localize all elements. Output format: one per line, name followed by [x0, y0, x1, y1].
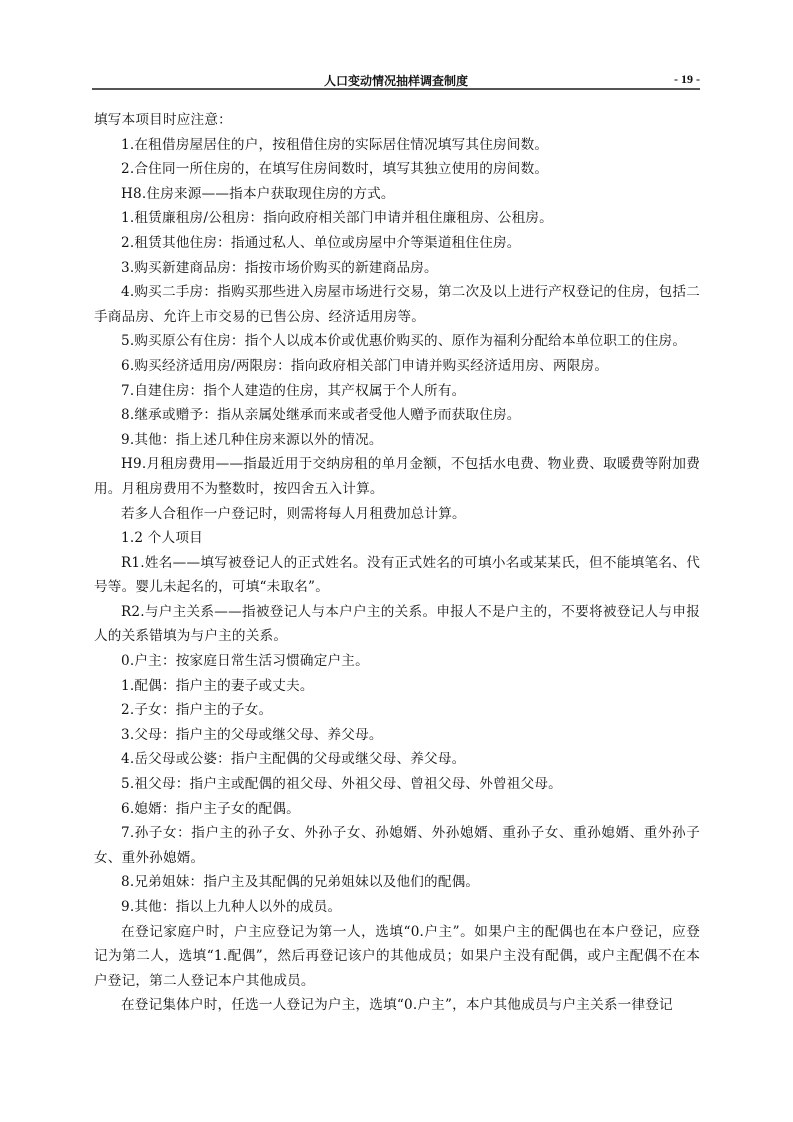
paragraph-h8-heading: H8.住房来源——指本户获取现住房的方式。 — [94, 182, 700, 207]
paragraph-h9-note: 若多人合租作一户登记时，则需将每人月租费加总计算。 — [94, 502, 700, 527]
page-number: - 19 - — [674, 72, 700, 87]
document-body: 填写本项目时应注意： 1.在租借房屋居住的户，按租借住房的实际居住情况填写其住房… — [94, 108, 700, 1018]
paragraph-r2-option-9: 9.其他：指以上九种人以外的成员。 — [94, 895, 700, 920]
paragraph-r2-option-1: 1.配偶：指户主的妻子或丈夫。 — [94, 674, 700, 699]
paragraph-h8-option-9: 9.其他：指上述几种住房来源以外的情况。 — [94, 428, 700, 453]
paragraph-family-household-rule: 在登记家庭户时，户主应登记为第一人，选填“0.户主”。如果户主的配偶也在本户登记… — [94, 920, 700, 994]
paragraph-h8-option-6: 6.购买经济适用房/两限房：指向政府相关部门申请并购买经济适用房、两限房。 — [94, 354, 700, 379]
paragraph-h8-option-5: 5.购买原公有住房：指个人以成本价或优惠价购买的、原作为福利分配给本单位职工的住… — [94, 329, 700, 354]
header-divider — [92, 88, 700, 90]
paragraph-r2-option-7: 7.孙子女：指户主的孙子女、外孙子女、孙媳婿、外孙媳婿、重孙子女、重孙媳婿、重外… — [94, 821, 700, 870]
paragraph-note-1: 1.在租借房屋居住的户，按租借住房的实际居住情况填写其住房间数。 — [94, 133, 700, 158]
paragraph-r2-option-8: 8.兄弟姐妹：指户主及其配偶的兄弟姐妹以及他们的配偶。 — [94, 870, 700, 895]
document-title: 人口变动情况抽样调查制度 — [92, 72, 700, 89]
paragraph-h8-option-3: 3.购买新建商品房：指按市场价购买的新建商品房。 — [94, 256, 700, 281]
paragraph-r1-name: R1.姓名——填写被登记人的正式姓名。没有正式姓名的可填小名或某某氏，但不能填笔… — [94, 551, 700, 600]
paragraph-h8-option-4: 4.购买二手房：指购买那些进入房屋市场进行交易，第二次及以上进行产权登记的住房，… — [94, 280, 700, 329]
page-header: 人口变动情况抽样调查制度 - 19 - — [92, 72, 700, 88]
paragraph-r2-option-6: 6.媳婿：指户主子女的配偶。 — [94, 797, 700, 822]
paragraph-h8-option-1: 1.租赁廉租房/公租房：指向政府相关部门申请并租住廉租房、公租房。 — [94, 206, 700, 231]
paragraph-r2-option-3: 3.父母：指户主的父母或继父母、养父母。 — [94, 723, 700, 748]
paragraph-h8-option-7: 7.自建住房：指个人建造的住房，其产权属于个人所有。 — [94, 379, 700, 404]
paragraph-note-2: 2.合住同一所住房的，在填写住房间数时，填写其独立使用的房间数。 — [94, 157, 700, 182]
paragraph-notes-intro: 填写本项目时应注意： — [94, 108, 700, 133]
paragraph-h9-heading: H9.月租房费用——指最近用于交纳房租的单月金额，不包括水电费、物业费、取暖费等… — [94, 452, 700, 501]
paragraph-collective-household-rule: 在登记集体户时，任选一人登记为户主，选填“0.户主”，本户其他成员与户主关系一律… — [94, 993, 700, 1018]
paragraph-r2-relationship: R2.与户主关系——指被登记人与本户户主的关系。申报人不是户主的，不要将被登记人… — [94, 600, 700, 649]
paragraph-h8-option-8: 8.继承或赠予：指从亲属处继承而来或者受他人赠予而获取住房。 — [94, 403, 700, 428]
paragraph-r2-option-0: 0.户主：按家庭日常生活习惯确定户主。 — [94, 649, 700, 674]
paragraph-r2-option-4: 4.岳父母或公婆：指户主配偶的父母或继父母、养父母。 — [94, 747, 700, 772]
section-heading-personal-items: 1.2 个人项目 — [94, 526, 700, 551]
paragraph-h8-option-2: 2.租赁其他住房：指通过私人、单位或房屋中介等渠道租住住房。 — [94, 231, 700, 256]
paragraph-r2-option-5: 5.祖父母：指户主或配偶的祖父母、外祖父母、曾祖父母、外曾祖父母。 — [94, 772, 700, 797]
paragraph-r2-option-2: 2.子女：指户主的子女。 — [94, 698, 700, 723]
